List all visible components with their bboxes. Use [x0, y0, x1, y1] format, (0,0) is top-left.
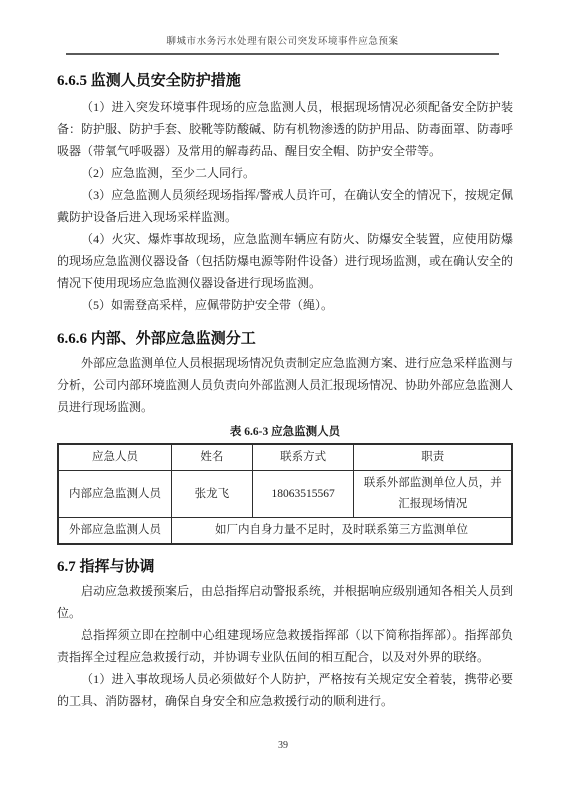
- paragraph: （1）进入事故现场人员必须做好个人防护，严格按有关规定安全着装，携带必要的工具、…: [57, 668, 513, 712]
- section-heading-6-6-6: 6.6.6 内部、外部应急监测分工: [57, 330, 513, 348]
- section-heading-6-6-5: 6.6.5 监测人员安全防护措施: [57, 72, 513, 90]
- page-number: 39: [0, 740, 566, 751]
- table-header-row: 应急人员 姓名 联系方式 职责: [58, 444, 512, 471]
- table-caption: 表 6.6-3 应急监测人员: [57, 425, 513, 439]
- cell-duty: 联系外部监测单位人员，并汇报现场情况: [354, 471, 512, 518]
- emergency-monitoring-personnel-table: 应急人员 姓名 联系方式 职责 内部应急监测人员 张龙飞 18063515567…: [57, 443, 513, 545]
- document-page: 聊城市水务污水处理有限公司突发环境事件应急预案 6.6.5 监测人员安全防护措施…: [0, 0, 566, 800]
- section-6-6-6: 6.6.6 内部、外部应急监测分工 外部应急监测单位人员根据现场情况负责制定应急…: [57, 330, 513, 418]
- section-heading-6-7: 6.7 指挥与协调: [57, 558, 513, 576]
- cell-role: 内部应急监测人员: [58, 471, 172, 518]
- cell-note: 如厂内自身力量不足时，及时联系第三方监测单位: [172, 518, 513, 545]
- paragraph: （1）进入突发环境事件现场的应急监测人员，根据现场情况必须配备安全防护装备：防护…: [57, 96, 513, 162]
- paragraph: 启动应急救援预案后，由总指挥启动警报系统，并根据响应级别通知各相关人员到位。: [57, 580, 513, 624]
- column-header-role: 应急人员: [58, 444, 172, 471]
- section-6-7: 6.7 指挥与协调 启动应急救援预案后，由总指挥启动警报系统，并根据响应级别通知…: [57, 558, 513, 712]
- paragraph: （3）应急监测人员须经现场指挥/警戒人员许可，在确认安全的情况下，按规定佩戴防护…: [57, 184, 513, 228]
- table-block: 表 6.6-3 应急监测人员 应急人员 姓名 联系方式 职责 内部应急监测人员 …: [57, 425, 513, 545]
- paragraph: 外部应急监测单位人员根据现场情况负责制定应急监测方案、进行应急采样监测与分析，公…: [57, 352, 513, 418]
- paragraph: （2）应急监测，至少二人同行。: [57, 162, 513, 184]
- document-header-title: 聊城市水务污水处理有限公司突发环境事件应急预案: [66, 36, 499, 55]
- column-header-contact: 联系方式: [252, 444, 354, 471]
- paragraph: （4）火灾、爆炸事故现场，应急监测车辆应有防火、防爆安全装置，应使用防爆的现场应…: [57, 228, 513, 294]
- paragraph: （5）如需登高采样，应佩带防护安全带（绳）。: [57, 294, 513, 316]
- cell-name: 张龙飞: [172, 471, 253, 518]
- table-row-external: 外部应急监测人员 如厂内自身力量不足时，及时联系第三方监测单位: [58, 518, 512, 545]
- table-row-internal: 内部应急监测人员 张龙飞 18063515567 联系外部监测单位人员，并汇报现…: [58, 471, 512, 518]
- paragraph: 总指挥须立即在控制中心组建现场应急救援指挥部（以下简称指挥部）。指挥部负责指挥全…: [57, 624, 513, 668]
- cell-phone: 18063515567: [252, 471, 354, 518]
- column-header-name: 姓名: [172, 444, 253, 471]
- column-header-duty: 职责: [354, 444, 512, 471]
- section-6-6-5: 6.6.5 监测人员安全防护措施 （1）进入突发环境事件现场的应急监测人员，根据…: [57, 72, 513, 316]
- cell-role: 外部应急监测人员: [58, 518, 172, 545]
